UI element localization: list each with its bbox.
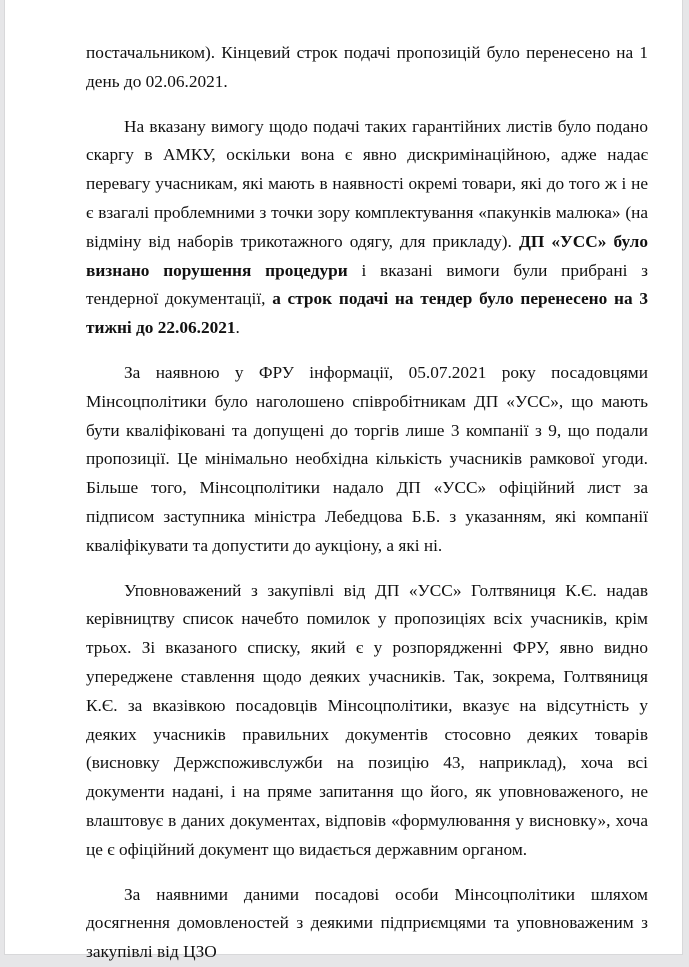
document-page: постачальником). Кінцевий строк подачі п… xyxy=(4,0,683,955)
paragraph-3: За наявною у ФРУ інформації, 05.07.2021 … xyxy=(86,359,648,561)
text-run: За наявною у ФРУ інформації, 05.07.2021 … xyxy=(86,363,648,555)
paragraph-5: За наявними даними посадові особи Мінсоц… xyxy=(86,881,648,960)
document-body: постачальником). Кінцевий строк подачі п… xyxy=(86,39,648,960)
paragraph-4: Уповноважений з закупівлі від ДП «УСС» Г… xyxy=(86,577,648,865)
text-run: На вказану вимогу щодо подачі таких гара… xyxy=(86,117,648,251)
text-run: За наявними даними посадові особи Мінсоц… xyxy=(86,885,648,960)
text-run: постачальником). Кінцевий строк подачі п… xyxy=(86,43,648,91)
text-run: . xyxy=(236,318,240,337)
paragraph-1: постачальником). Кінцевий строк подачі п… xyxy=(86,39,648,97)
text-run: Уповноважений з закупівлі від ДП «УСС» Г… xyxy=(86,581,648,859)
paragraph-2: На вказану вимогу щодо подачі таких гара… xyxy=(86,113,648,343)
